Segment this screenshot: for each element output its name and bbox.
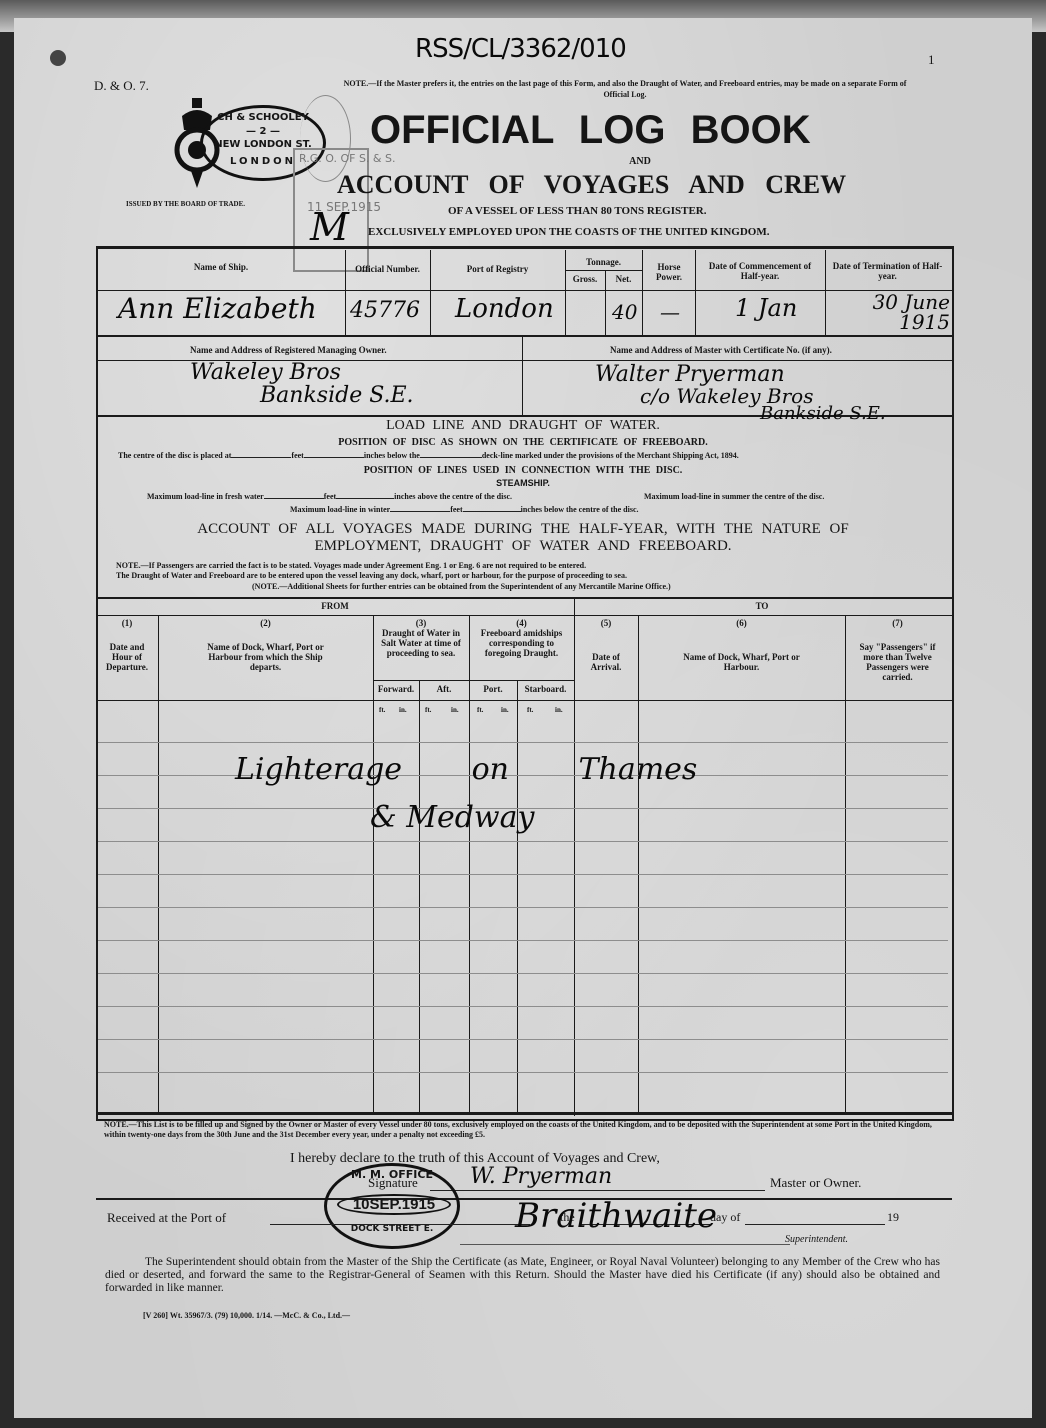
from-label: FROM — [96, 601, 574, 611]
mm-office-stamp: M. M. OFFICE 10SEP.1915 DOCK STREET E. — [324, 1163, 460, 1249]
voyage-entry-line2: & Medway — [370, 800, 534, 835]
title-and: AND — [600, 156, 680, 167]
header-net: Net. — [605, 274, 642, 284]
official-number-value: 45776 — [350, 298, 420, 323]
port-value: London — [455, 294, 554, 324]
master-label: Name and Address of Master with Certific… — [610, 345, 832, 355]
clerk-initials: M — [310, 205, 349, 249]
lines-heading: POSITION OF LINES USED IN CONNECTION WIT… — [96, 465, 950, 476]
owner-value-line1: Wakeley Bros — [190, 360, 341, 385]
header-port: Port of Registry — [430, 264, 565, 274]
sub-forward: Forward. — [373, 684, 419, 694]
header-official-number: Official Number. — [345, 264, 430, 274]
voyages-note-3: (NOTE.—Additional Sheets for further ent… — [252, 582, 671, 591]
voyages-heading-2: EMPLOYMENT, DRAUGHT OF WATER AND FREEBOA… — [96, 538, 950, 555]
received-port-line — [270, 1224, 530, 1225]
title-sub: ACCOUNT OF VOYAGES AND CREW — [337, 170, 846, 200]
col2-header: (2)Name of Dock, Wharf, Port or Harbour … — [158, 618, 373, 672]
winter-line: Maximum load-line in winterfeetinches be… — [290, 505, 639, 514]
voyages-note-2: The Draught of Water and Freeboard are t… — [116, 571, 627, 580]
col5-header: (5)Date of Arrival. — [574, 618, 638, 672]
horse-power-value: — — [660, 300, 680, 324]
header-horse-power: Horse Power. — [648, 262, 690, 282]
header-termination: Date of Termination of Half-year. — [830, 261, 945, 281]
page-number: 1 — [928, 52, 935, 68]
net-tonnage-value: 40 — [612, 300, 637, 324]
punch-hole — [50, 50, 66, 66]
signature-line — [430, 1190, 765, 1191]
sub-aft: Aft. — [419, 684, 469, 694]
superintendent-signature: Braithwaite — [515, 1196, 717, 1236]
fresh-water-line: Maximum load-line in fresh waterfeetinch… — [147, 492, 512, 501]
commencement-value: 1 Jan — [735, 294, 797, 322]
termination-value: 30 June 1915 — [830, 292, 950, 332]
title-main: OFFICIAL LOG BOOK — [370, 108, 811, 153]
owner-label: Name and Address of Registered Managing … — [190, 345, 387, 355]
steamship-label: STEAMSHIP. — [96, 478, 950, 488]
header-ship-name: Name of Ship. — [96, 262, 346, 272]
superintendent-line — [460, 1244, 790, 1245]
disc-text: The centre of the disc is placed atfeeti… — [118, 451, 948, 460]
header-gross: Gross. — [565, 274, 605, 284]
col1-header: (1)Date and Hour of Departure. — [96, 618, 158, 672]
sub-port: Port. — [469, 684, 517, 694]
issued-by: ISSUED BY THE BOARD OF TRADE. — [126, 200, 245, 208]
superintendent-instruction: The Superintendent should obtain from th… — [105, 1256, 940, 1295]
month-line — [745, 1224, 885, 1225]
form-code: D. & O. 7. — [94, 78, 149, 94]
master-or-owner: Master or Owner. — [770, 1175, 861, 1191]
ship-name-value: Ann Elizabeth — [118, 292, 317, 325]
col4-header: (4)Freeboard amidships corresponding to … — [469, 618, 574, 658]
disc-heading: POSITION OF DISC AS SHOWN ON THE CERTIFI… — [96, 437, 950, 448]
printer-line: [V 260] Wt. 35967/3. (79) 10,000. 1/14. … — [143, 1311, 350, 1320]
header-tonnage: Tonnage. — [565, 257, 642, 267]
header-commencement: Date of Commencement of Half-year. — [700, 261, 820, 281]
to-label: TO — [574, 601, 950, 611]
archive-reference: RSS/CL/3362/010 — [415, 34, 626, 64]
title-line2: EXCLUSIVELY EMPLOYED UPON THE COASTS OF … — [368, 226, 769, 238]
title-line1: OF A VESSEL OF LESS THAN 80 TONS REGISTE… — [448, 205, 707, 217]
owner-value-line2: Bankside S.E. — [260, 383, 414, 408]
col3-header: (3)Draught of Water in Salt Water at tim… — [373, 618, 469, 658]
year-label: 19 — [887, 1210, 899, 1225]
top-note: NOTE.—If the Master prefers it, the entr… — [330, 78, 920, 100]
superintendent-label: Superintendent. — [785, 1234, 848, 1245]
voyages-heading-1: ACCOUNT OF ALL VOYAGES MADE DURING THE H… — [96, 521, 950, 538]
col7-header: (7)Say "Passengers" if more than Twelve … — [845, 618, 950, 682]
load-line-heading: LOAD LINE AND DRAUGHT OF WATER. — [96, 418, 950, 434]
voyages-note-1: NOTE.—If Passengers are carried the fact… — [116, 561, 586, 570]
summer-line: Maximum load-line in summer the centre o… — [644, 492, 824, 501]
sub-starboard: Starboard. — [517, 684, 574, 694]
signature-value: W. Pryerman — [470, 1164, 612, 1189]
col6-header: (6)Name of Dock, Wharf, Port or Harbour. — [638, 618, 845, 672]
footer-note: NOTE.—This List is to be filled up and S… — [104, 1120, 944, 1140]
received-at-label: Received at the Port of — [107, 1210, 226, 1226]
voyage-entry-line1: Lighterage on Thames — [235, 752, 697, 787]
